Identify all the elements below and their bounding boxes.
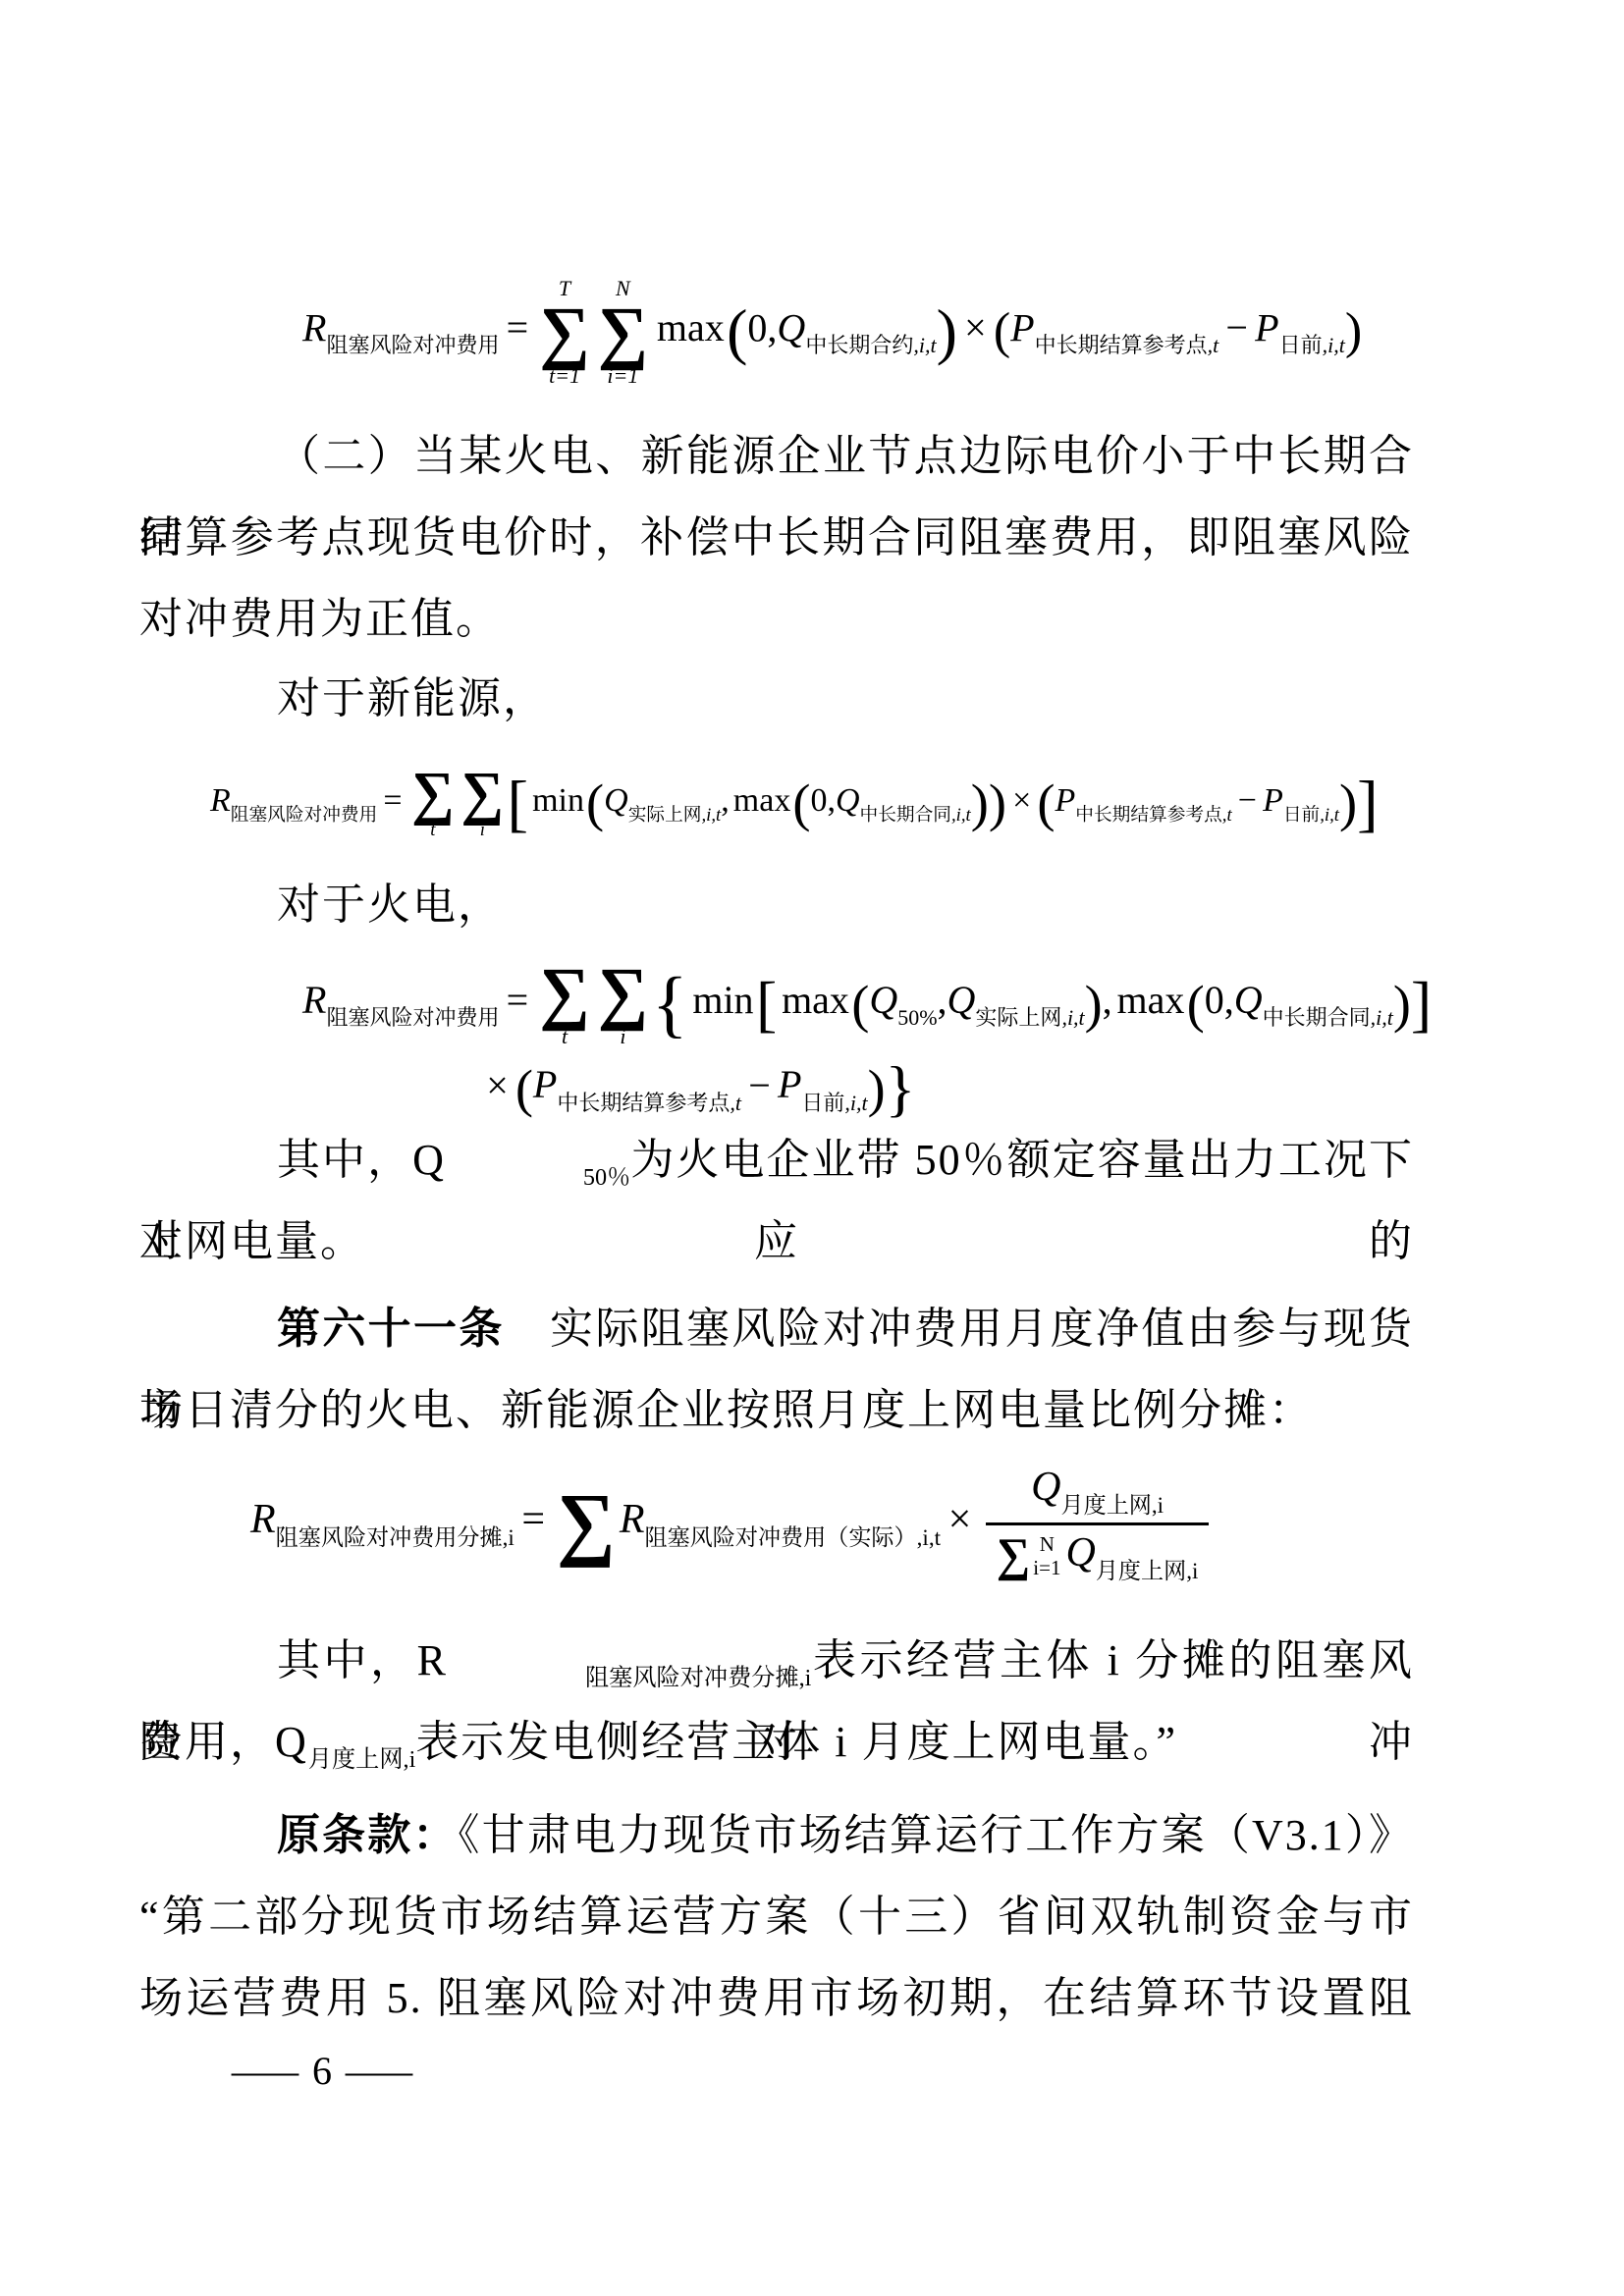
formula-line: R阻塞风险对冲费用=∑t∑i{min[max(Q50%,Q实际上网,i,t),m…: [302, 960, 1432, 1047]
footer-dash-right: —: [346, 2048, 412, 2094]
math-variable: R: [210, 782, 231, 819]
math-bracket: (: [727, 300, 747, 363]
text-run: 结算参考点现货电价时，补偿中长期合同阻塞费用，即阻塞风险: [139, 513, 1414, 561]
text-line: （二）当某火电、新能源企业节点边际电价小于中长期合同: [139, 415, 1414, 497]
math-variable: P: [1056, 782, 1076, 819]
text-run: ,: [721, 782, 730, 819]
math-subscript: 中长期合约,i,t: [805, 335, 936, 356]
footer-dash-left: —: [232, 2048, 298, 2094]
text-run: 对冲费用为正值。: [139, 595, 501, 643]
text-run: 中长期合同: [1263, 1005, 1371, 1030]
math-variable: Q: [777, 305, 805, 349]
text-line: 第六十一条 实际阻塞风险对冲费用月度净值由参与现货市: [139, 1288, 1414, 1369]
summation-icon: ∑i: [598, 960, 648, 1047]
text-line: 对于新能源，: [139, 658, 1414, 739]
math-operator: ×: [1012, 782, 1031, 819]
formula-new-energy: R阻塞风险对冲费用=∑t∑i[min(Q实际上网,i,t,max(0,Q中长期合…: [210, 766, 1379, 840]
math-subscript: 日前,i,t: [1283, 807, 1339, 826]
text-run: 日前: [801, 1091, 844, 1115]
math-variable: Q: [1234, 978, 1263, 1022]
text-run: 中长期结算参考点: [557, 1091, 730, 1115]
math-function: max: [733, 782, 791, 819]
text-run: 表示发电侧经营主体 i 月度上网电量。”: [415, 1718, 1177, 1766]
math-bracket: }: [886, 1057, 916, 1120]
text-run: 50%: [897, 1005, 937, 1030]
math-variable: P: [778, 1063, 801, 1107]
summation-icon: ∑t: [411, 766, 455, 840]
formula-line: R阻塞风险对冲费用=T∑t=1N∑i=1max(0,Q中长期合约,i,t)×(P…: [302, 277, 1362, 387]
text-run: “第二部分现货市场结算运营方案（十三）省间双轨制资金与市: [139, 1893, 1414, 1941]
text-line: 场日清分的火电、新能源企业按照月度上网电量比例分摊：: [139, 1369, 1414, 1451]
math-variable: R: [302, 305, 326, 349]
math-bracket: ): [1339, 776, 1357, 829]
page-number: 6: [312, 2049, 332, 2093]
math-variable: R: [302, 978, 326, 1022]
math-subscript: 月度上网,i: [1061, 1494, 1164, 1517]
text-run: 0,: [1205, 978, 1234, 1022]
paragraph-q50-note: 其中，Q50％为火电企业带 50％额定容量出力工况下对应的上网电量。: [139, 1119, 1414, 1282]
math-bracket: (: [1187, 978, 1205, 1031]
text-run: 日前: [1279, 333, 1323, 357]
math-subscript: 日前,i,t: [1279, 335, 1345, 356]
text-run: 0,: [747, 305, 777, 349]
text-run: ,: [1103, 978, 1112, 1022]
text-line: 结算参考点现货电价时，补偿中长期合同阻塞费用，即阻塞风险: [139, 497, 1414, 578]
summation-icon: ∑i: [460, 766, 504, 840]
text-line: “第二部分现货市场结算运营方案（十三）省间双轨制资金与市: [139, 1876, 1414, 1957]
paragraph-item-two: （二）当某火电、新能源企业节点边际电价小于中长期合同结算参考点现货电价时，补偿中…: [139, 415, 1414, 660]
bold-text-run: 第六十一条: [277, 1305, 505, 1353]
math-operator: =: [521, 1497, 545, 1542]
paragraph-for-thermal: 对于火电，: [139, 864, 1414, 945]
text-run: 阻塞风险对冲费用: [326, 333, 499, 357]
text-run: 日前: [1283, 805, 1320, 826]
text-run: 上网电量。: [139, 1217, 365, 1265]
math-bracket: ): [937, 300, 957, 363]
math-operator: ×: [486, 1063, 509, 1107]
math-bracket: ): [971, 776, 989, 829]
math-variable: Q: [1066, 1530, 1096, 1575]
math-variable: Q: [836, 782, 860, 819]
math-function: min: [532, 782, 584, 819]
math-subscript: 月度上网,i: [308, 1748, 416, 1772]
formula-congestion-hedge-total: R阻塞风险对冲费用=T∑t=1N∑i=1max(0,Q中长期合约,i,t)×(P…: [302, 277, 1362, 387]
math-bracket: ): [1345, 306, 1362, 357]
math-subscript: 50％: [446, 1166, 630, 1190]
math-operator: −: [1238, 782, 1257, 819]
math-variable: ,t: [730, 1091, 741, 1115]
math-variable: Q: [947, 978, 976, 1022]
math-fraction: Q月度上网,i∑Ni=1Q月度上网,i: [986, 1464, 1209, 1582]
text-line: 场运营费用 5. 阻塞风险对冲费用市场初期，在结算环节设置阻: [139, 1957, 1414, 2039]
text-run: 阻塞风险对冲费用: [326, 1005, 499, 1030]
summation-icon: T∑t=1: [539, 277, 589, 387]
math-bracket: [: [508, 772, 529, 835]
math-subscript: 中长期合同,i,t: [860, 807, 971, 826]
paragraph-original-clause: 原条款：《甘肃电力现货市场结算运行工作方案（V3.1）》“第二部分现货市场结算运…: [139, 1794, 1414, 2039]
math-variable: ,i,t: [1371, 1005, 1393, 1030]
text-run: ,: [938, 978, 947, 1022]
paragraph-for-new-energy: 对于新能源，: [139, 658, 1414, 739]
math-subscript: 阻塞风险对冲费用分摊,i: [276, 1526, 514, 1549]
text-run: 阻塞风险对冲费用分摊,i: [276, 1524, 514, 1550]
math-variable: ,i,t: [1061, 1005, 1084, 1030]
text-run: 阻塞风险对冲费用: [231, 805, 378, 826]
math-operator: =: [507, 305, 529, 349]
text-run: 对于新能源，: [277, 674, 548, 722]
text-run: 对于火电，: [277, 881, 503, 929]
text-run: 中长期合同: [860, 805, 951, 826]
math-bracket: (: [851, 978, 869, 1031]
math-variable: P: [1255, 305, 1278, 349]
math-subscript: 实际上网,i,t: [975, 1007, 1084, 1029]
math-operator: −: [1225, 305, 1248, 349]
summation-icon: ∑t: [539, 960, 589, 1047]
page-footer: —6—: [245, 2048, 399, 2094]
math-variable: Q: [869, 978, 897, 1022]
math-bracket: [: [756, 973, 777, 1036]
math-function: max: [657, 305, 725, 349]
math-function: min: [692, 978, 753, 1022]
math-variable: ,i,t: [1320, 805, 1339, 826]
text-run: 实际上网: [975, 1005, 1061, 1030]
text-run: 月度上网,i: [308, 1746, 416, 1773]
text-run: 场运营费用 5. 阻塞风险对冲费用市场初期，在结算环节设置阻: [139, 1974, 1414, 2022]
text-run: 月度上网,i: [1061, 1492, 1164, 1518]
formula-allocation: R阻塞风险对冲费用分摊,i=∑R阻塞风险对冲费用（实际）,i,t×Q月度上网,i…: [250, 1464, 1209, 1582]
math-operator: ×: [964, 305, 987, 349]
formula-line: ×(P中长期结算参考点,t−P日前,i,t)}: [479, 1057, 1432, 1120]
math-variable: ,t: [1222, 805, 1232, 826]
paragraph-article-61: 第六十一条 实际阻塞风险对冲费用月度净值由参与现货市场日清分的火电、新能源企业按…: [139, 1288, 1414, 1451]
text-run: 实际上网: [628, 805, 702, 826]
math-variable: ,i,t: [951, 805, 971, 826]
math-subscript: 中长期合同,i,t: [1263, 1007, 1393, 1029]
math-variable: ,i,t: [913, 333, 936, 357]
math-variable: P: [1010, 305, 1034, 349]
text-run: 50％: [583, 1164, 630, 1191]
text-run: 中长期结算参考点: [1075, 805, 1222, 826]
math-subscript: 中长期结算参考点,t: [1035, 335, 1219, 356]
text-line: 原条款：《甘肃电力现货市场结算运行工作方案（V3.1）》: [139, 1794, 1414, 1876]
text-run: 场日清分的火电、新能源企业按照月度上网电量比例分摊：: [139, 1386, 1314, 1434]
math-bracket: ]: [1357, 772, 1379, 835]
math-variable: Q: [1031, 1465, 1060, 1510]
text-run: Q: [275, 1718, 308, 1766]
math-bracket: (: [1037, 776, 1055, 829]
text-line: 对冲费用为正值。: [139, 578, 1414, 660]
math-subscript: 阻塞风险对冲费用（实际）,i,t: [645, 1526, 942, 1549]
math-function: max: [1116, 978, 1184, 1022]
text-run: 《甘肃电力现货市场结算运行工作方案（V3.1）》: [459, 1811, 1414, 1859]
math-bracket: (: [792, 776, 810, 829]
math-bracket: ): [868, 1062, 886, 1115]
math-subscript: 实际上网,i,t: [628, 807, 721, 826]
math-bracket: (: [515, 1062, 533, 1115]
math-subscript: 50%: [897, 1007, 937, 1029]
math-subscript: 日前,i,t: [801, 1093, 867, 1114]
math-variable: P: [533, 1063, 557, 1107]
text-run: 其中，: [277, 1136, 412, 1184]
summation-icon: ∑: [557, 1485, 616, 1561]
text-run: Q: [412, 1136, 446, 1184]
math-variable: R: [250, 1497, 276, 1542]
math-variable: Q: [604, 782, 628, 819]
text-line: 其中，R阻塞风险对冲费分摊,i表示经营主体 i 分摊的阻塞风险对冲: [139, 1620, 1414, 1701]
text-run: 中长期结算参考点: [1035, 333, 1208, 357]
math-bracket: (: [586, 776, 604, 829]
math-variable: ,i,t: [1323, 333, 1345, 357]
summation-icon: N∑i=1: [598, 277, 648, 387]
text-run: 0,: [810, 782, 836, 819]
document-page: R阻塞风险对冲费用=T∑t=1N∑i=1max(0,Q中长期合约,i,t)×(P…: [0, 0, 1624, 2296]
text-line: 对于火电，: [139, 864, 1414, 945]
formula-line: R阻塞风险对冲费用分摊,i=∑R阻塞风险对冲费用（实际）,i,t×Q月度上网,i…: [250, 1464, 1209, 1582]
text-run: 其中，: [277, 1636, 417, 1684]
text-run: 阻塞风险对冲费分摊,i: [585, 1665, 811, 1691]
text-run: R: [417, 1636, 448, 1684]
text-run: 月度上网,i: [1096, 1558, 1199, 1583]
math-operator: =: [507, 978, 529, 1022]
paragraph-symbol-note: 其中，R阻塞风险对冲费分摊,i表示经营主体 i 分摊的阻塞风险对冲费用，Q月度上…: [139, 1620, 1414, 1783]
math-operator: ×: [948, 1497, 972, 1542]
math-variable: ,i,t: [701, 805, 721, 826]
bold-text-run: 原条款：: [277, 1811, 459, 1859]
summation-icon: ∑Ni=1: [997, 1532, 1061, 1579]
math-subscript: 中长期结算参考点,t: [1075, 807, 1231, 826]
math-bracket: (: [994, 306, 1010, 357]
math-subscript: 阻塞风险对冲费分摊,i: [448, 1667, 811, 1690]
math-variable: R: [620, 1497, 645, 1542]
math-bracket: ): [989, 776, 1006, 829]
text-run: 阻塞风险对冲费用（实际）,i,t: [645, 1524, 942, 1550]
math-subscript: 阻塞风险对冲费用: [231, 807, 378, 826]
formula-line: R阻塞风险对冲费用=∑t∑i[min(Q实际上网,i,t,max(0,Q中长期合…: [210, 766, 1379, 840]
math-bracket: ]: [1411, 973, 1432, 1036]
math-subscript: 阻塞风险对冲费用: [326, 1007, 499, 1029]
math-subscript: 月度上网,i: [1096, 1560, 1199, 1582]
text-run: 中长期合约: [805, 333, 913, 357]
math-subscript: 阻塞风险对冲费用: [326, 335, 499, 356]
formula-thermal: R阻塞风险对冲费用=∑t∑i{min[max(Q50%,Q实际上网,i,t),m…: [302, 960, 1432, 1130]
math-variable: ,t: [1208, 333, 1219, 357]
math-function: max: [782, 978, 849, 1022]
math-operator: −: [748, 1063, 771, 1107]
text-run: 费用，: [139, 1718, 275, 1766]
math-variable: P: [1263, 782, 1283, 819]
text-line: 其中，Q50％为火电企业带 50％额定容量出力工况下对应的: [139, 1119, 1414, 1201]
math-variable: ,i,t: [844, 1091, 867, 1115]
math-bracket: ): [1393, 978, 1411, 1031]
math-operator: =: [383, 782, 402, 819]
math-bracket: ): [1085, 978, 1103, 1031]
math-bracket: {: [652, 967, 687, 1041]
math-subscript: 中长期结算参考点,t: [557, 1093, 741, 1114]
